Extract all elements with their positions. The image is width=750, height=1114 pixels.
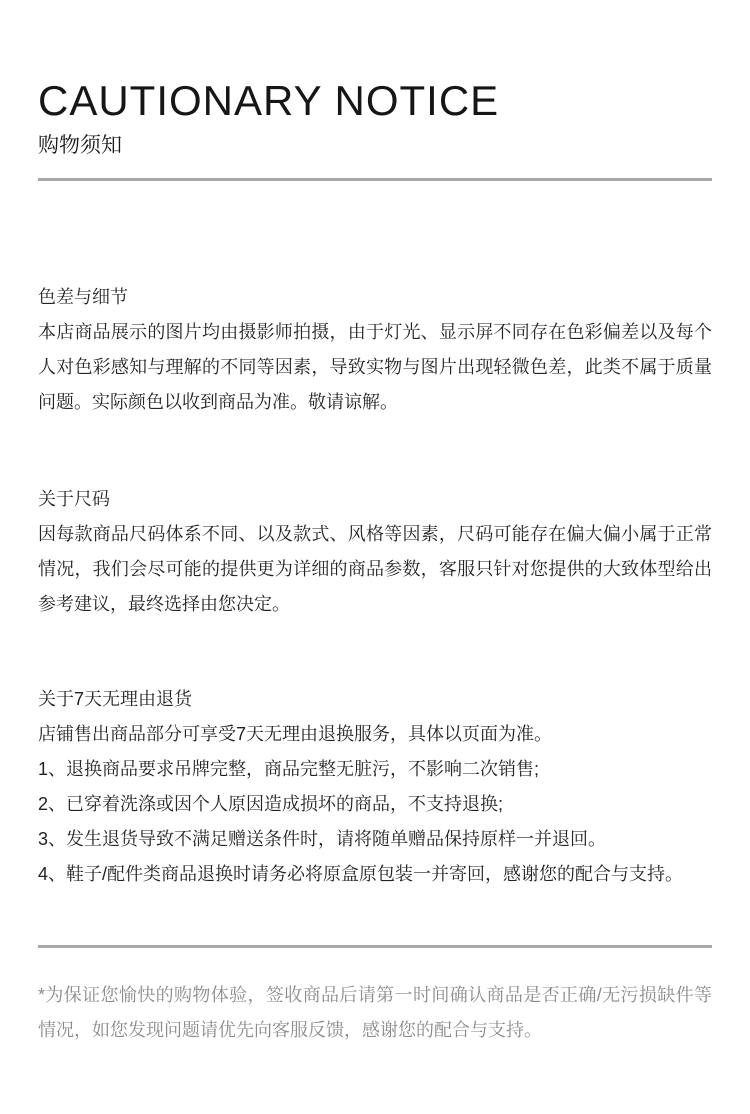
return-rule-item-3: 3、发生退货导致不满足赠送条件时，请将随单赠品保持原样一并退回。 xyxy=(38,822,712,857)
section-returns: 关于7天无理由退货 店铺售出商品部分可享受7天无理由退换服务，具体以页面为准。 … xyxy=(38,682,712,892)
section-color-difference: 色差与细节 本店商品展示的图片均由摄影师拍摄，由于灯光、显示屏不同存在色彩偏差以… xyxy=(38,280,712,420)
header-divider xyxy=(38,178,712,181)
return-rule-item-2: 2、已穿着洗涤或因个人原因造成损坏的商品，不支持退换; xyxy=(38,787,712,822)
section-sizing: 关于尺码 因每款商品尺码体系不同、以及款式、风格等因素，尺码可能存在偏大偏小属于… xyxy=(38,482,712,622)
notice-header: CAUTIONARY NOTICE 购物须知 xyxy=(38,80,712,181)
return-rule-item-1: 1、退换商品要求吊牌完整，商品完整无脏污，不影响二次销售; xyxy=(38,752,712,787)
shopping-notice-page: CAUTIONARY NOTICE 购物须知 色差与细节 本店商品展示的图片均由… xyxy=(0,0,750,1114)
footnote: *为保证您愉快的购物体验，签收商品后请第一时间确认商品是否正确/无污损缺件等情况… xyxy=(38,978,712,1048)
return-rule-item-4: 4、鞋子/配件类商品退换时请务必将原盒原包装一并寄回，感谢您的配合与支持。 xyxy=(38,857,712,892)
footer-divider xyxy=(38,945,712,948)
section-body-returns: 店铺售出商品部分可享受7天无理由退换服务，具体以页面为准。 xyxy=(38,717,712,752)
page-title-english: CAUTIONARY NOTICE xyxy=(38,80,712,122)
section-body-color-difference: 本店商品展示的图片均由摄影师拍摄，由于灯光、显示屏不同存在色彩偏差以及每个人对色… xyxy=(38,315,712,420)
section-heading-sizing: 关于尺码 xyxy=(38,482,712,517)
section-body-sizing: 因每款商品尺码体系不同、以及款式、风格等因素，尺码可能存在偏大偏小属于正常情况，… xyxy=(38,517,712,622)
section-heading-returns: 关于7天无理由退货 xyxy=(38,682,712,717)
page-title-chinese: 购物须知 xyxy=(38,134,712,158)
section-heading-color-difference: 色差与细节 xyxy=(38,280,712,315)
